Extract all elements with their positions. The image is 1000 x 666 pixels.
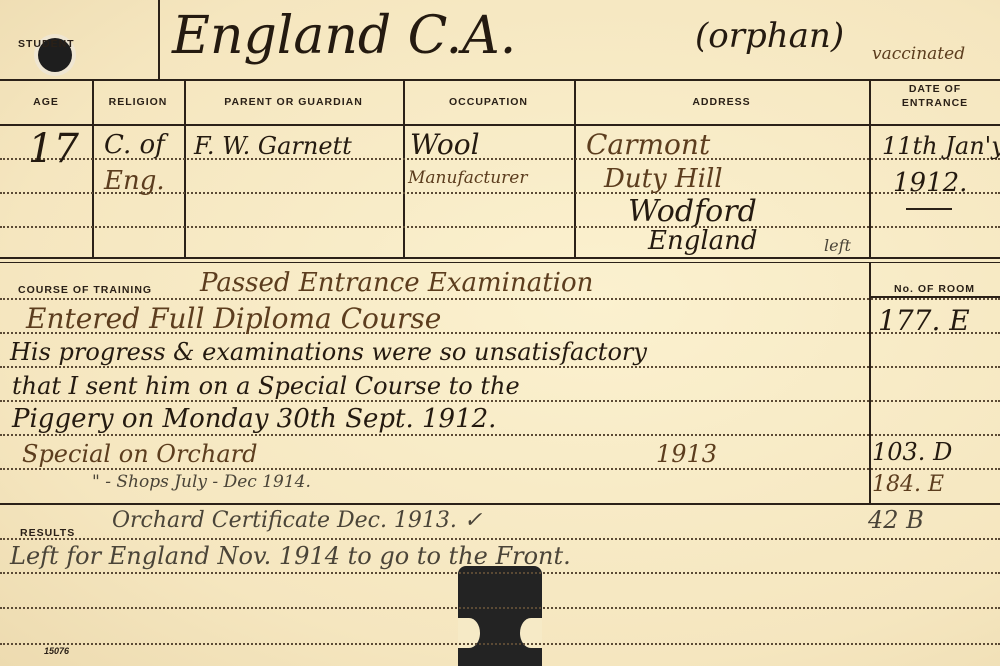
vaccinated-note: vaccinated (872, 44, 965, 64)
occupation-value-1: Wool (410, 128, 480, 161)
training-line-7: " - Shops July - Dec 1914. (92, 472, 311, 492)
form-number: 15076 (44, 646, 69, 656)
dotted-rule (0, 468, 1000, 470)
date-of-entrance-header: DATE OF ENTRANCE (885, 82, 985, 110)
age-header: AGE (0, 96, 92, 108)
date-underline (906, 208, 952, 210)
date-of-entrance-1: 11th Jan'y (882, 132, 1000, 160)
training-line-2: Entered Full Diploma Course (26, 302, 441, 335)
address-line-4: England (648, 226, 758, 256)
training-line-4: that I sent him on a Special Course to t… (12, 372, 520, 400)
training-line-1: Passed Entrance Examination (200, 268, 593, 298)
dotted-rule (0, 400, 1000, 402)
header-divider (158, 0, 160, 80)
religion-value-2: Eng. (104, 166, 165, 196)
training-bottom-rule (0, 503, 1000, 505)
room-number-label: No. OF ROOM (869, 283, 1000, 295)
religion-value-1: C. of (104, 130, 165, 160)
results-room-value: 42 B (868, 506, 924, 534)
column-header-rule (0, 124, 1000, 126)
results-line-2: Left for England Nov. 1914 to go to the … (10, 542, 571, 570)
col-divider (869, 80, 871, 258)
student-label: STUDENT (18, 38, 75, 50)
dotted-rule (0, 572, 1000, 574)
address-line-3: Wodford (628, 194, 757, 229)
address-note: left (824, 236, 851, 255)
record-bottom-rule (0, 257, 1000, 259)
parent-value: F. W. Garnett (194, 132, 352, 160)
date-of-entrance-2: 1912. (893, 168, 967, 198)
dotted-rule (0, 607, 1000, 609)
student-record-card: STUDENT England C.A. (orphan) vaccinated… (0, 0, 1000, 666)
age-value: 17 (28, 126, 79, 172)
address-line-1: Carmont (586, 128, 710, 161)
dotted-rule (0, 226, 1000, 228)
room-value-3: 184. E (872, 472, 944, 497)
room-value-2: 103. D (872, 438, 952, 466)
dotted-rule (0, 366, 1000, 368)
religion-header: RELIGION (92, 96, 184, 108)
dotted-rule (0, 538, 1000, 540)
dotted-rule (0, 643, 1000, 645)
training-line-5: Piggery on Monday 30th Sept. 1912. (12, 404, 496, 434)
card-notch (458, 566, 542, 666)
header-rule (0, 79, 1000, 81)
dotted-rule (0, 434, 1000, 436)
training-year-note: 1913 (656, 440, 717, 468)
student-name: England C.A. (172, 6, 516, 66)
results-line-1: Orchard Certificate Dec. 1913. ✓ (112, 508, 482, 533)
course-of-training-label: COURSE OF TRAINING (18, 284, 152, 296)
occupation-header: OCCUPATION (403, 96, 574, 108)
parent-header: PARENT OR GUARDIAN (184, 96, 403, 108)
orphan-note: (orphan) (695, 16, 844, 56)
address-header: ADDRESS (574, 96, 869, 108)
address-line-2: Duty Hill (604, 164, 723, 194)
record-bottom-rule-2 (0, 262, 1000, 263)
occupation-value-2: Manufacturer (408, 168, 527, 188)
training-line-3: His progress & examinations were so unsa… (10, 338, 647, 366)
dotted-rule (0, 298, 1000, 300)
training-line-6: Special on Orchard (22, 440, 257, 468)
room-value-1: 177. E (878, 304, 970, 337)
